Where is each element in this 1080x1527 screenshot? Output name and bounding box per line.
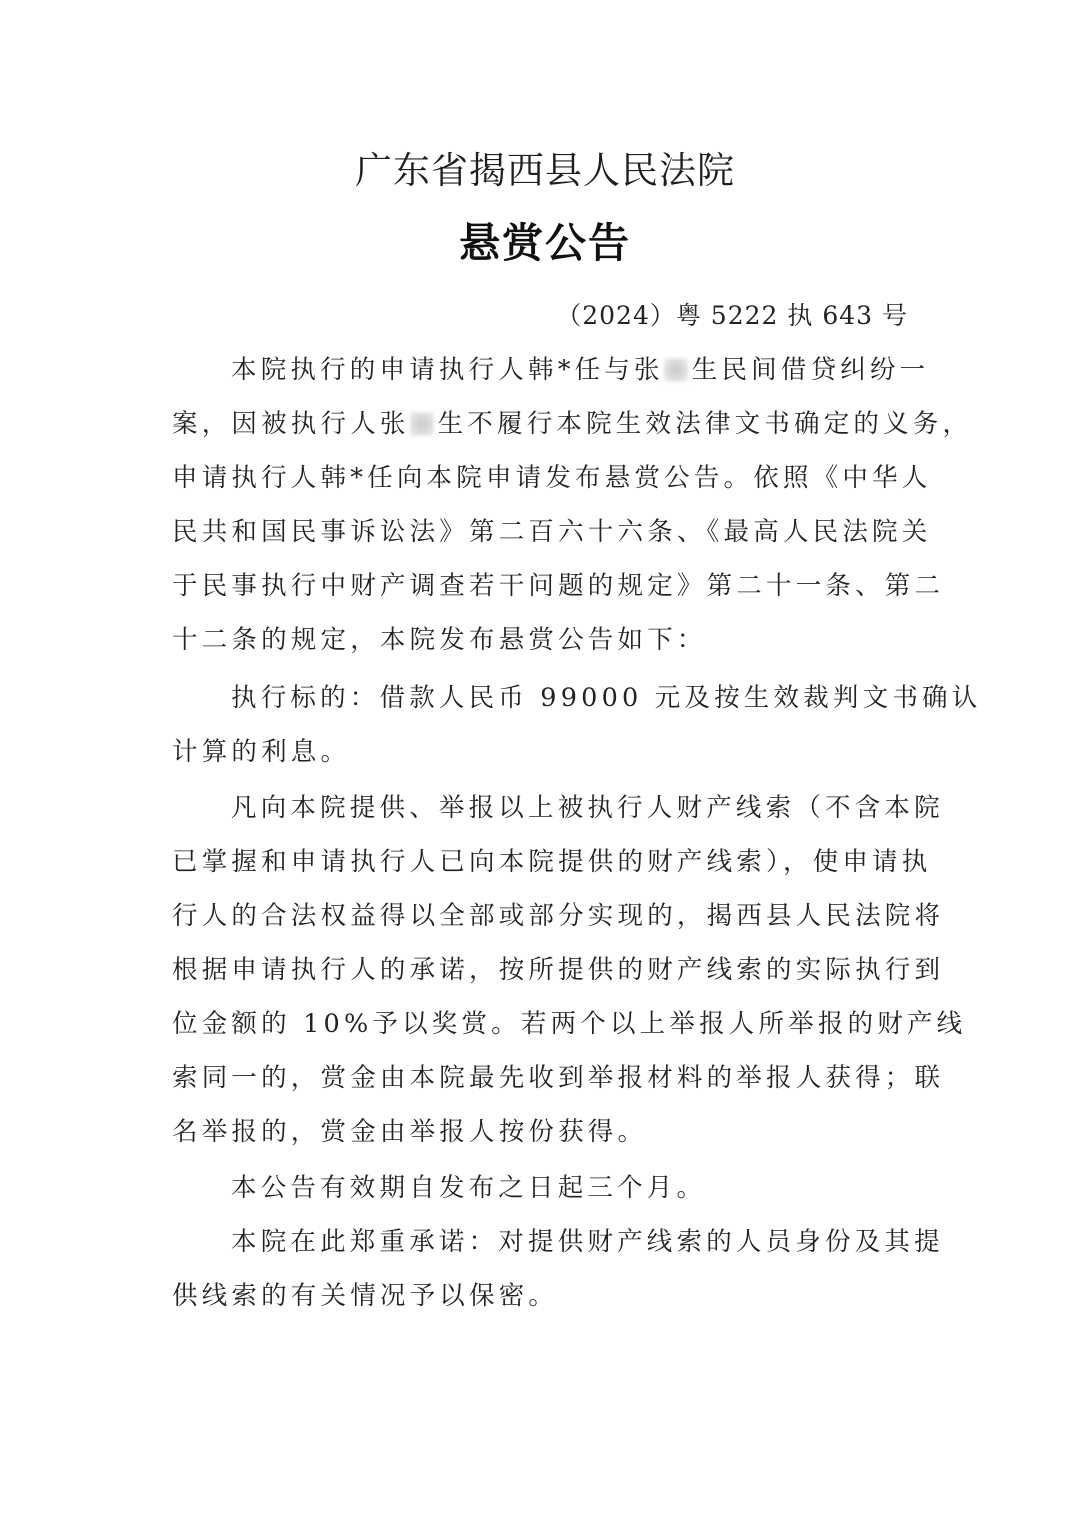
paragraph-4-line-1: 本公告有效期自发布之日起三个月。 [231,1171,924,1205]
paragraph-1-line-3: 申请执行人韩*任向本院申请发布悬赏公告。依照《中华人 [172,461,924,495]
paragraph-3-line-5: 位金额的 10%予以奖赏。若两个以上举报人所举报的财产线 [172,1007,924,1041]
paragraph-3-line-3: 行人的合法权益得以全部或部分实现的，揭西县人民法院将 [172,899,924,933]
paragraph-5-line-1: 本院在此郑重承诺：对提供财产线索的人员身份及其提 [231,1225,924,1259]
paragraph-3-line-6: 索同一的，赏金由本院最先收到举报材料的举报人获得；联 [172,1061,924,1095]
paragraph-1-line-2: 案，因被执行人张生不履行本院生效法律文书确定的义务， [172,407,924,441]
text-segment: 生民间借贷纠纷一 [692,355,930,385]
redacted-name-block [664,358,688,382]
case-number: （2024）粤 5222 执 643 号 [556,296,908,332]
text-segment: 生不履行本院生效法律文书确定的义务， [438,409,973,439]
paragraph-1-line-1: 本院执行的申请执行人韩*任与张生民间借贷纠纷一 [231,353,924,387]
court-name: 广东省揭西县人民法院 [0,140,1080,194]
document-title: 悬赏公告 [0,210,1080,269]
paragraph-1-line-5: 于民事执行中财产调查若干问题的规定》第二十一条、第二 [172,569,924,603]
paragraph-1-line-4: 民共和国民事诉讼法》第二百六十六条、《最高人民法院关 [172,515,924,549]
paragraph-3-line-2: 已掌握和申请执行人已向本院提供的财产线索），使申请执 [172,845,924,879]
paragraph-3-line-7: 名举报的，赏金由举报人按份获得。 [172,1115,924,1149]
paragraph-3-line-4: 根据申请执行人的承诺，按所提供的财产线索的实际执行到 [172,953,924,987]
paragraph-1-line-6: 十二条的规定，本院发布悬赏公告如下： [172,623,924,657]
redacted-name-block [410,412,434,436]
paragraph-3-line-1: 凡向本院提供、举报以上被执行人财产线索（不含本院 [231,791,924,825]
paragraph-2-line-2: 计算的利息。 [172,735,924,769]
text-segment: 本院执行的申请执行人韩*任与张 [231,355,664,385]
text-segment: 案，因被执行人张 [172,409,410,439]
paragraph-5-line-2: 供线索的有关情况予以保密。 [172,1279,924,1313]
paragraph-2-line-1: 执行标的：借款人民币 99000 元及按生效裁判文书确认 [231,681,924,715]
